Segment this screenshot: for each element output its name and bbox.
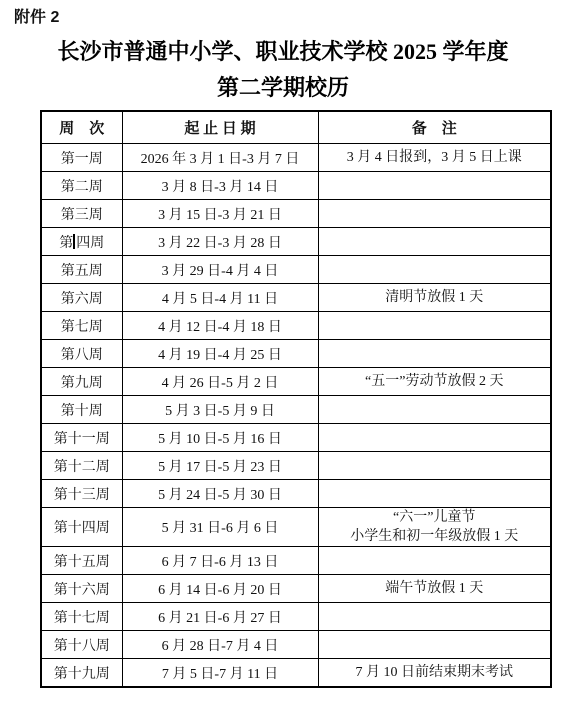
table-header-row: 周 次 起 止 日 期 备 注	[41, 111, 551, 144]
dates-cell: 5 月 24 日-5 月 30 日	[122, 480, 318, 508]
dates-cell: 5 月 17 日-5 月 23 日	[122, 452, 318, 480]
dates-cell: 5 月 10 日-5 月 16 日	[122, 424, 318, 452]
dates-cell: 3 月 22 日-3 月 28 日	[122, 228, 318, 256]
week-cell: 第三周	[41, 200, 122, 228]
table-row: 第十五周6 月 7 日-6 月 13 日	[41, 547, 551, 575]
table-row: 第六周4 月 5 日-4 月 11 日清明节放假 1 天	[41, 284, 551, 312]
table-row: 第十二周5 月 17 日-5 月 23 日	[41, 452, 551, 480]
week-cell: 第一周	[41, 144, 122, 172]
note-cell	[318, 256, 551, 284]
attachment-label: 附件 2	[14, 4, 59, 27]
week-cell: 第四周	[41, 228, 122, 256]
dates-cell: 6 月 14 日-6 月 20 日	[122, 575, 318, 603]
table-row: 第十周5 月 3 日-5 月 9 日	[41, 396, 551, 424]
week-cell: 第十六周	[41, 575, 122, 603]
note-cell	[318, 547, 551, 575]
week-cell: 第十八周	[41, 631, 122, 659]
dates-cell: 4 月 12 日-4 月 18 日	[122, 312, 318, 340]
table-row: 第一周2026 年 3 月 1 日-3 月 7 日3 月 4 日报到，3 月 5…	[41, 144, 551, 172]
table-row: 第十九周7 月 5 日-7 月 11 日7 月 10 日前结束期末考试	[41, 659, 551, 688]
week-cell: 第十周	[41, 396, 122, 424]
note-cell: “五一”劳动节放假 2 天	[318, 368, 551, 396]
note-cell	[318, 480, 551, 508]
note-cell	[318, 312, 551, 340]
table-row: 第二周3 月 8 日-3 月 14 日	[41, 172, 551, 200]
week-cell: 第十二周	[41, 452, 122, 480]
school-calendar-table: 周 次 起 止 日 期 备 注 第一周2026 年 3 月 1 日-3 月 7 …	[40, 110, 552, 688]
table-row: 第十七周6 月 21 日-6 月 27 日	[41, 603, 551, 631]
week-cell: 第七周	[41, 312, 122, 340]
note-cell	[318, 396, 551, 424]
table-row: 第十一周5 月 10 日-5 月 16 日	[41, 424, 551, 452]
title-line2: 第二学期校历	[0, 70, 566, 106]
table-row: 第十八周6 月 28 日-7 月 4 日	[41, 631, 551, 659]
week-cell: 第十一周	[41, 424, 122, 452]
dates-cell: 6 月 28 日-7 月 4 日	[122, 631, 318, 659]
dates-cell: 4 月 5 日-4 月 11 日	[122, 284, 318, 312]
note-cell: 清明节放假 1 天	[318, 284, 551, 312]
note-cell	[318, 452, 551, 480]
note-cell	[318, 424, 551, 452]
dates-cell: 5 月 31 日-6 月 6 日	[122, 508, 318, 547]
text-cursor-icon	[73, 234, 75, 249]
dates-cell: 4 月 19 日-4 月 25 日	[122, 340, 318, 368]
table-row: 第十三周5 月 24 日-5 月 30 日	[41, 480, 551, 508]
week-cell: 第六周	[41, 284, 122, 312]
note-cell: 7 月 10 日前结束期末考试	[318, 659, 551, 688]
note-cell: 端午节放假 1 天	[318, 575, 551, 603]
table-row: 第十六周6 月 14 日-6 月 20 日端午节放假 1 天	[41, 575, 551, 603]
note-cell	[318, 172, 551, 200]
note-cell: “六一”儿童节小学生和初一年级放假 1 天	[318, 508, 551, 547]
table-row: 第九周4 月 26 日-5 月 2 日“五一”劳动节放假 2 天	[41, 368, 551, 396]
week-cell: 第十七周	[41, 603, 122, 631]
table-row: 第七周4 月 12 日-4 月 18 日	[41, 312, 551, 340]
dates-cell: 6 月 7 日-6 月 13 日	[122, 547, 318, 575]
week-cell: 第九周	[41, 368, 122, 396]
table-row: 第十四周5 月 31 日-6 月 6 日“六一”儿童节小学生和初一年级放假 1 …	[41, 508, 551, 547]
week-cell: 第五周	[41, 256, 122, 284]
table-row: 第五周3 月 29 日-4 月 4 日	[41, 256, 551, 284]
note-cell	[318, 340, 551, 368]
dates-cell: 2026 年 3 月 1 日-3 月 7 日	[122, 144, 318, 172]
col-header-notes: 备 注	[318, 111, 551, 144]
table-row: 第四周3 月 22 日-3 月 28 日	[41, 228, 551, 256]
table-row: 第八周4 月 19 日-4 月 25 日	[41, 340, 551, 368]
week-cell: 第十九周	[41, 659, 122, 688]
dates-cell: 3 月 29 日-4 月 4 日	[122, 256, 318, 284]
dates-cell: 4 月 26 日-5 月 2 日	[122, 368, 318, 396]
note-line: “六一”儿童节	[321, 508, 549, 527]
note-cell	[318, 631, 551, 659]
note-cell	[318, 200, 551, 228]
col-header-dates: 起 止 日 期	[122, 111, 318, 144]
dates-cell: 7 月 5 日-7 月 11 日	[122, 659, 318, 688]
week-cell: 第八周	[41, 340, 122, 368]
table-body: 第一周2026 年 3 月 1 日-3 月 7 日3 月 4 日报到，3 月 5…	[41, 144, 551, 688]
note-cell: 3 月 4 日报到，3 月 5 日上课	[318, 144, 551, 172]
document-title: 长沙市普通中小学、职业技术学校 2025 学年度 第二学期校历	[0, 34, 566, 106]
week-cell: 第十三周	[41, 480, 122, 508]
note-cell	[318, 603, 551, 631]
dates-cell: 3 月 8 日-3 月 14 日	[122, 172, 318, 200]
week-cell: 第十四周	[41, 508, 122, 547]
note-line: 小学生和初一年级放假 1 天	[321, 527, 549, 546]
dates-cell: 3 月 15 日-3 月 21 日	[122, 200, 318, 228]
col-header-week: 周 次	[41, 111, 122, 144]
dates-cell: 5 月 3 日-5 月 9 日	[122, 396, 318, 424]
document-page: 附件 2 长沙市普通中小学、职业技术学校 2025 学年度 第二学期校历 周 次…	[0, 0, 566, 724]
note-cell	[318, 228, 551, 256]
table-row: 第三周3 月 15 日-3 月 21 日	[41, 200, 551, 228]
week-cell: 第二周	[41, 172, 122, 200]
dates-cell: 6 月 21 日-6 月 27 日	[122, 603, 318, 631]
week-cell: 第十五周	[41, 547, 122, 575]
title-line1: 长沙市普通中小学、职业技术学校 2025 学年度	[0, 34, 566, 70]
